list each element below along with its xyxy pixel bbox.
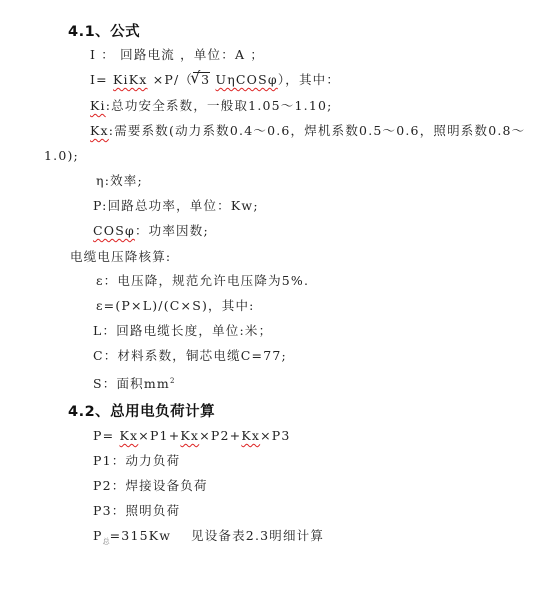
area-label: S：面积mm [93,376,170,391]
voltage-drop-title: 电缆电压降核算: [70,249,171,265]
epsilon-definition: ε：电压降，规范允许电压降为5%. [96,273,309,289]
kx-2: Kx [180,428,199,443]
material-definition: C：材料系数，铜芯电缆C=77; [93,348,287,364]
kx-definition-wrap: 1.0); [44,148,79,164]
formula-p: P= [93,428,119,443]
kx-1: Kx [119,428,138,443]
ptotal-value: =315Kw [110,528,172,543]
current-definition: I ： 回路电流 ，单位：A ； [90,47,264,63]
total-load-formula: P= Kx×P1+Kx×P2+Kx×P3 [93,428,291,444]
section-heading-4-1: 4.1、公式 [68,23,140,41]
total-power: P总=315Kw [93,528,171,550]
kx-desc: :需要系数(动力系数0.4～0.6，焊机系数0.5～0.6，照明系数0.8～ [109,123,526,138]
sqrt-value: 3 [201,72,210,87]
mid-2: ×P2+ [199,428,241,443]
p2-definition: P2：焊接设备负荷 [93,478,208,494]
length-definition: L：回路电缆长度，单位:米； [93,323,272,339]
formula-uncos: UηCOSφ [215,72,277,87]
power-definition: P:回路总功率，单位：Kw; [93,198,259,214]
cos-definition: COSφ：功率因数; [93,223,209,239]
p3-definition: P3：照明负荷 [93,503,180,519]
mid-1: ×P1+ [138,428,180,443]
ptotal-subscript: 总 [103,538,110,546]
ptotal-p: P [93,528,103,543]
ki-desc: :总功安全系数，一般取1.05～1.10; [106,98,333,113]
total-power-note: 见设备表2.3明细计算 [191,528,324,544]
epsilon-formula: ε=(P×L)/(C×S)，其中: [96,298,255,314]
cos-term: COSφ [93,223,135,238]
sqrt-symbol: 3 [193,72,210,87]
cos-desc: ：功率因数; [135,223,209,238]
area-definition: S：面积mm2 [93,373,174,392]
mid-3: ×P3 [260,428,290,443]
p1-definition: P1：动力负荷 [93,453,180,469]
eta-definition: η:效率; [96,173,143,189]
kx-term: Kx [90,123,109,138]
formula-kikx: KiKx [113,72,148,87]
kx-3: Kx [241,428,260,443]
area-superscript: 2 [170,377,174,385]
formula-prefix: I= [90,72,113,87]
section-heading-4-2: 4.2、总用电负荷计算 [68,403,215,421]
ki-term: Ki [90,98,106,113]
kx-definition: Kx:需要系数(动力系数0.4～0.6，焊机系数0.5～0.6，照明系数0.8～ [90,123,525,139]
current-formula: I= KiKx ×P/（3 UηCOSφ），其中： [90,72,340,88]
ki-definition: Ki:总功安全系数，一般取1.05～1.10; [90,98,333,114]
formula-suffix: ），其中： [278,72,340,87]
formula-mid: ×P/（ [148,72,194,87]
